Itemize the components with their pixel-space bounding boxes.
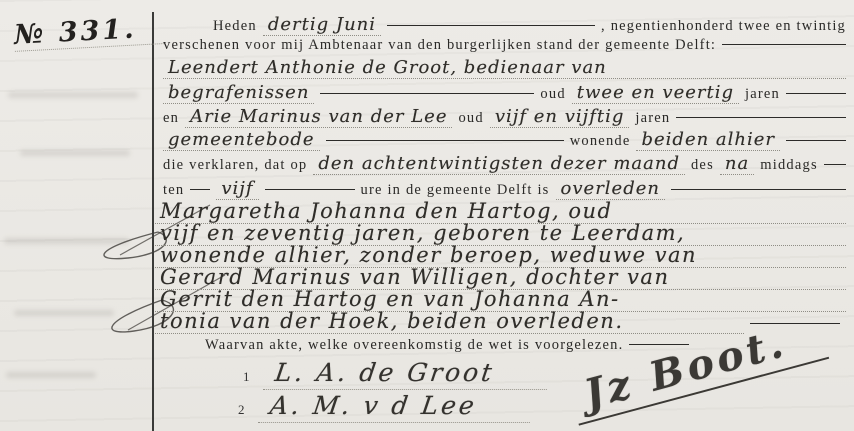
rule-line: [190, 187, 210, 190]
signature-declarant1: L. A. de Groot: [262, 358, 551, 390]
label-en: en: [163, 110, 179, 127]
signature-declarant2: A. M. v d Lee: [257, 391, 533, 423]
rule-line: [786, 138, 846, 141]
handwritten-declarant1-age: twee en veertig: [572, 82, 739, 104]
signature-number-2: 2: [238, 402, 246, 418]
rule-line: [824, 162, 846, 165]
handwritten-declarant2-age: vijf en vijftig: [490, 106, 630, 128]
label-heden: Heden: [213, 18, 257, 35]
handwritten-daypart: na: [720, 153, 754, 175]
handwritten-residence: beiden alhier: [636, 129, 780, 151]
handwritten-hour: vijf: [216, 178, 258, 200]
label-closing: Waarvan akte, welke overeenkomstig de we…: [205, 337, 623, 354]
bleedthrough-mark: [8, 92, 138, 98]
rule-line: [671, 187, 846, 190]
rule-line: [676, 115, 846, 118]
signature-number-1: 1: [243, 369, 251, 385]
bleedthrough-mark: [20, 150, 130, 156]
handwritten-deceased-line: tonia van der Hoek, beiden overleden.: [155, 309, 744, 334]
label-jaren-2: jaren: [635, 110, 670, 127]
bleedthrough-mark: [14, 310, 114, 316]
rule-line: [320, 91, 534, 94]
label-des: des: [691, 157, 714, 174]
handwritten-overleden: overleden: [556, 178, 665, 200]
bleedthrough-mark: [4, 238, 129, 244]
handwritten-declarant2: Arie Marinus van der Lee: [185, 106, 452, 128]
bleedthrough-mark: [6, 372, 96, 378]
handwritten-declarant2-occupation: gemeentebode: [163, 129, 320, 151]
label-ure-gemeente: ure in de gemeente Delft is: [361, 182, 550, 199]
handwritten-declarant1-occupation: begrafenissen: [163, 82, 314, 104]
rule-line: [786, 91, 846, 94]
label-middags: middags: [760, 157, 818, 174]
handwritten-death-date: den achtentwintigsten dezer maand: [313, 153, 685, 175]
rule-line: [265, 187, 355, 190]
label-year: , negentienhonderd twee en twintig: [601, 18, 846, 35]
rule-line: [387, 23, 595, 26]
handwritten-declarant1: Leendert Anthonie de Groot, bedienaar va…: [163, 57, 846, 79]
rule-line: [326, 138, 564, 141]
label-declare: die verklaren, dat op: [163, 157, 307, 174]
rule-line: [722, 42, 846, 45]
death-certificate-scan: № 331. Heden dertig Juni , negentienhond…: [0, 0, 854, 431]
act-number: № 331.: [13, 12, 163, 52]
handwritten-date: dertig Juni: [263, 14, 381, 36]
label-oud-2: oud: [458, 110, 483, 127]
label-oud-1: oud: [540, 86, 565, 103]
label-wonende: wonende: [570, 133, 631, 150]
label-appeared: verschenen voor mij Ambtenaar van den bu…: [163, 37, 716, 54]
margin-rule: [152, 12, 154, 431]
label-jaren-1: jaren: [745, 86, 780, 103]
label-ten: ten: [163, 182, 184, 199]
